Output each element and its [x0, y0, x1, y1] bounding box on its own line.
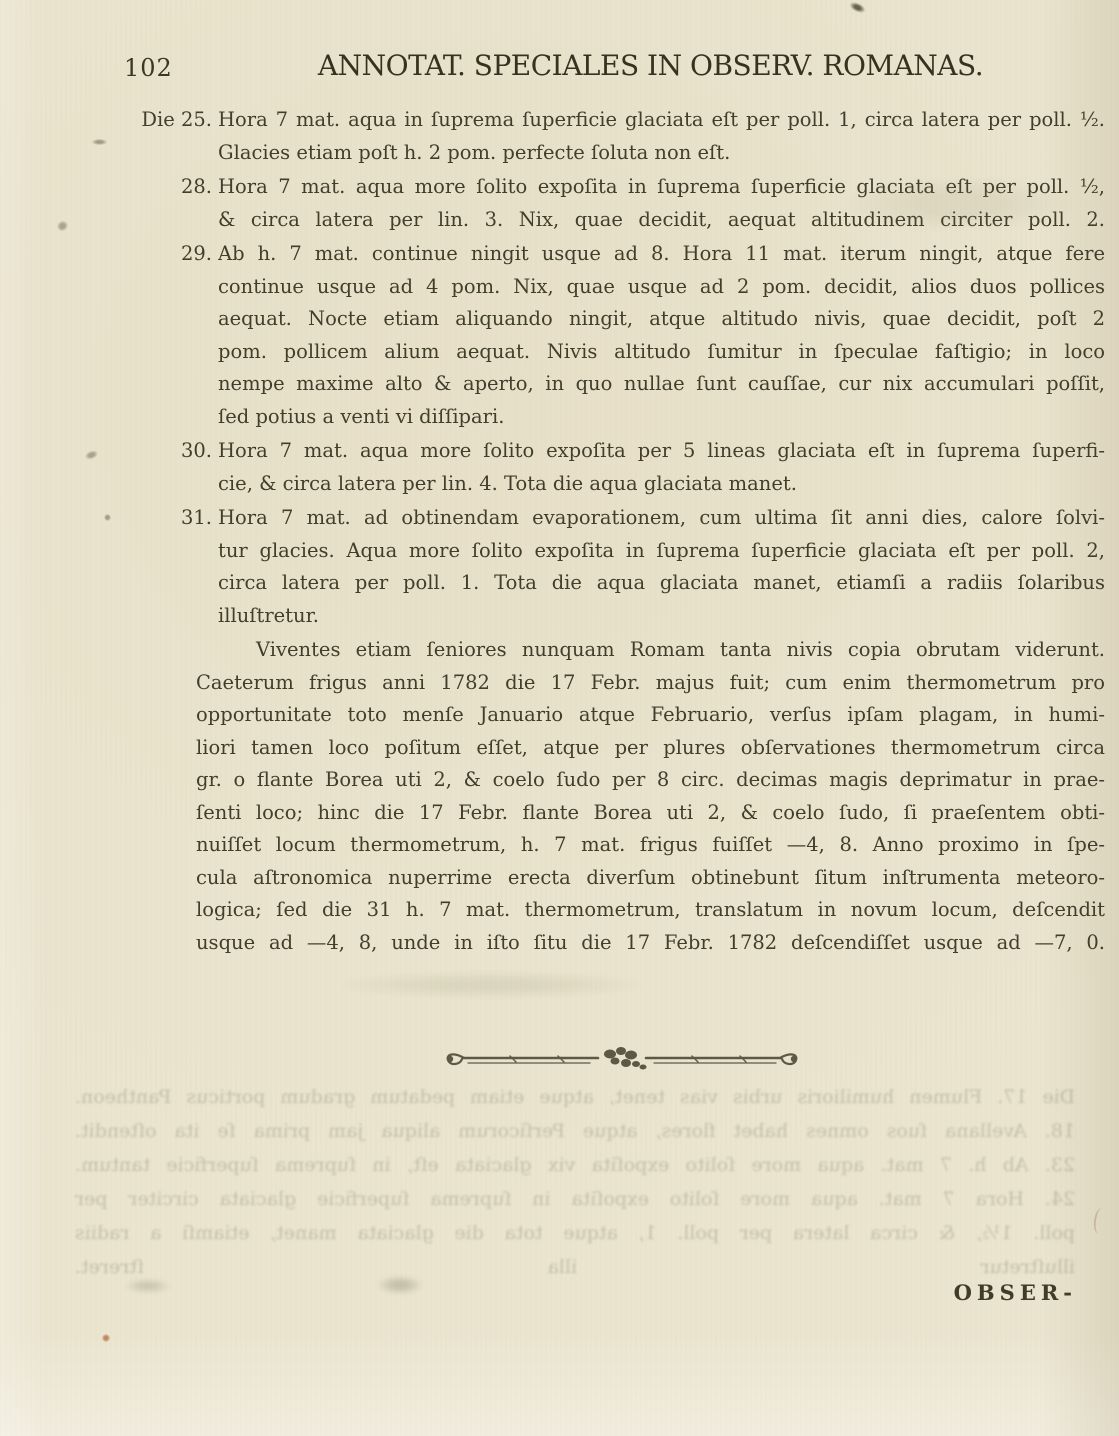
entry-day-label: 31.	[122, 502, 218, 632]
ink-speck	[84, 449, 99, 461]
text-line: pom. pollicem alium aequat. Nivis altitu…	[218, 336, 1105, 369]
entry-day-label: 28.	[122, 171, 218, 236]
entry-day-label: Die 25.	[122, 104, 218, 169]
ink-speck	[104, 514, 111, 521]
diary-entry: 30.Hora 7 mat. aqua more ſolito expoſita…	[122, 435, 1105, 500]
entry-lines: Hora 7 mat. aqua more ſolito expoſita pe…	[218, 435, 1105, 500]
text-line: continue usque ad 4 pom. Nix, quae usque…	[218, 271, 1105, 304]
text-line: Hora 7 mat. aqua more ſolito expoſita in…	[218, 171, 1105, 204]
bleedthrough-line: poll. 1½, & circa latera per poll. 1, at…	[75, 1216, 1075, 1250]
text-line: circa latera per poll. 1. Tota die aqua …	[218, 567, 1105, 600]
bleedthrough-smudge	[340, 972, 640, 998]
entry-lines: Hora 7 mat. aqua more ſolito expoſita in…	[218, 171, 1105, 236]
bleedthrough-line: 18. Avellana ſuos omnes habet flores, at…	[75, 1114, 1075, 1148]
bleedthrough-line: Die 17. Flumen humilioris urbis vias ten…	[75, 1080, 1075, 1114]
diary-entries: Die 25.Hora 7 mat. aqua in ſuprema ſuper…	[122, 104, 1105, 632]
paragraph-line: cula aſtronomica nuperrime erecta diverſ…	[196, 862, 1105, 895]
paragraph-line: nuiſſet locum thermometrum, h. 7 mat. fr…	[196, 829, 1105, 862]
text-line: nempe maxime alto & aperto, in quo nulla…	[218, 368, 1105, 401]
catchword: OBSER-	[954, 1280, 1077, 1305]
text-line: Hora 7 mat. ad obtinendam evaporationem,…	[218, 502, 1105, 535]
text-line: illuſtretur.	[218, 600, 1105, 633]
diary-entry: 28.Hora 7 mat. aqua more ſolito expoſita…	[122, 171, 1105, 236]
text-line: & circa latera per lin. 3. Nix, quae dec…	[218, 204, 1105, 237]
paragraph-line: logica; ſed die 31 h. 7 mat. thermometru…	[196, 894, 1105, 927]
paragraph-line: Viventes etiam ſeniores nunquam Romam ta…	[196, 634, 1105, 667]
text-line: cie, & circa latera per lin. 4. Tota die…	[218, 468, 1105, 501]
entry-day-label: 29.	[122, 238, 218, 433]
ink-scratch	[848, 0, 867, 15]
text-line: Glacies etiam poſt h. 2 pom. perfecte ſo…	[218, 137, 1105, 170]
text-line: Ab h. 7 mat. continue ningit usque ad 8.…	[218, 238, 1105, 271]
divider-ornament	[440, 1038, 805, 1078]
text-line: Hora 7 mat. aqua more ſolito expoſita pe…	[218, 435, 1105, 468]
text-line: tur glacies. Aqua more ſolito expoſita i…	[218, 535, 1105, 568]
paragraph-line: Caeterum frigus anni 1782 die 17 Febr. m…	[196, 667, 1105, 700]
entry-lines: Ab h. 7 mat. continue ningit usque ad 8.…	[218, 238, 1105, 433]
page-number: 102	[124, 54, 173, 82]
entry-day-label: 30.	[122, 435, 218, 500]
paragraph-line: gr. o flante Borea uti 2, & coelo ſudo p…	[196, 764, 1105, 797]
paragraph-line: opportunitate toto menſe Januario atque …	[196, 699, 1105, 732]
text-line: Hora 7 mat. aqua in ſuprema ſuperficie g…	[218, 104, 1105, 137]
entry-lines: Hora 7 mat. aqua in ſuprema ſuperficie g…	[218, 104, 1105, 169]
paragraph-line: ſenti loco; hinc die 17 Febr. flante Bor…	[196, 797, 1105, 830]
text-line: aequat. Nocte etiam aliquando ningit, at…	[218, 303, 1105, 336]
text-line: ſed potius a venti vi diſſipari.	[218, 401, 1105, 434]
paper-stain	[102, 1334, 110, 1342]
book-page-scan: 102 ANNOTAT. SPECIALES IN OBSERV. ROMANA…	[0, 0, 1119, 1436]
text-block: Die 25.Hora 7 mat. aqua in ſuprema ſuper…	[122, 104, 1105, 959]
paragraph-line: usque ad —4, 8, unde in iſto ſitu die 17…	[196, 927, 1105, 960]
ink-speck	[55, 219, 70, 234]
bleedthrough-line: 23. Ab h. 7 mat. aqua more ſolito expoſi…	[75, 1148, 1075, 1182]
diary-entry: Die 25.Hora 7 mat. aqua in ſuprema ſuper…	[122, 104, 1105, 169]
running-header: ANNOTAT. SPECIALES IN OBSERV. ROMANAS.	[196, 49, 1105, 82]
entry-lines: Hora 7 mat. ad obtinendam evaporationem,…	[218, 502, 1105, 632]
bleedthrough-line: illuſtretur illa ſtreret.	[75, 1250, 1075, 1284]
closing-paragraph: Viventes etiam ſeniores nunquam Romam ta…	[196, 634, 1105, 959]
paper-mark	[1092, 1207, 1108, 1235]
diary-entry: 31.Hora 7 mat. ad obtinendam evaporation…	[122, 502, 1105, 632]
ink-speck	[92, 139, 107, 145]
bleedthrough-line: 24. Hora 7 mat. aqua more ſolito expoſit…	[75, 1182, 1075, 1216]
diary-entry: 29.Ab h. 7 mat. continue ningit usque ad…	[122, 238, 1105, 433]
verso-bleedthrough: Die 17. Flumen humilioris urbis vias ten…	[75, 1080, 1075, 1284]
paragraph-line: liori tamen loco poſitum eſſet, atque pe…	[196, 732, 1105, 765]
floral-rule-icon	[440, 1038, 805, 1078]
